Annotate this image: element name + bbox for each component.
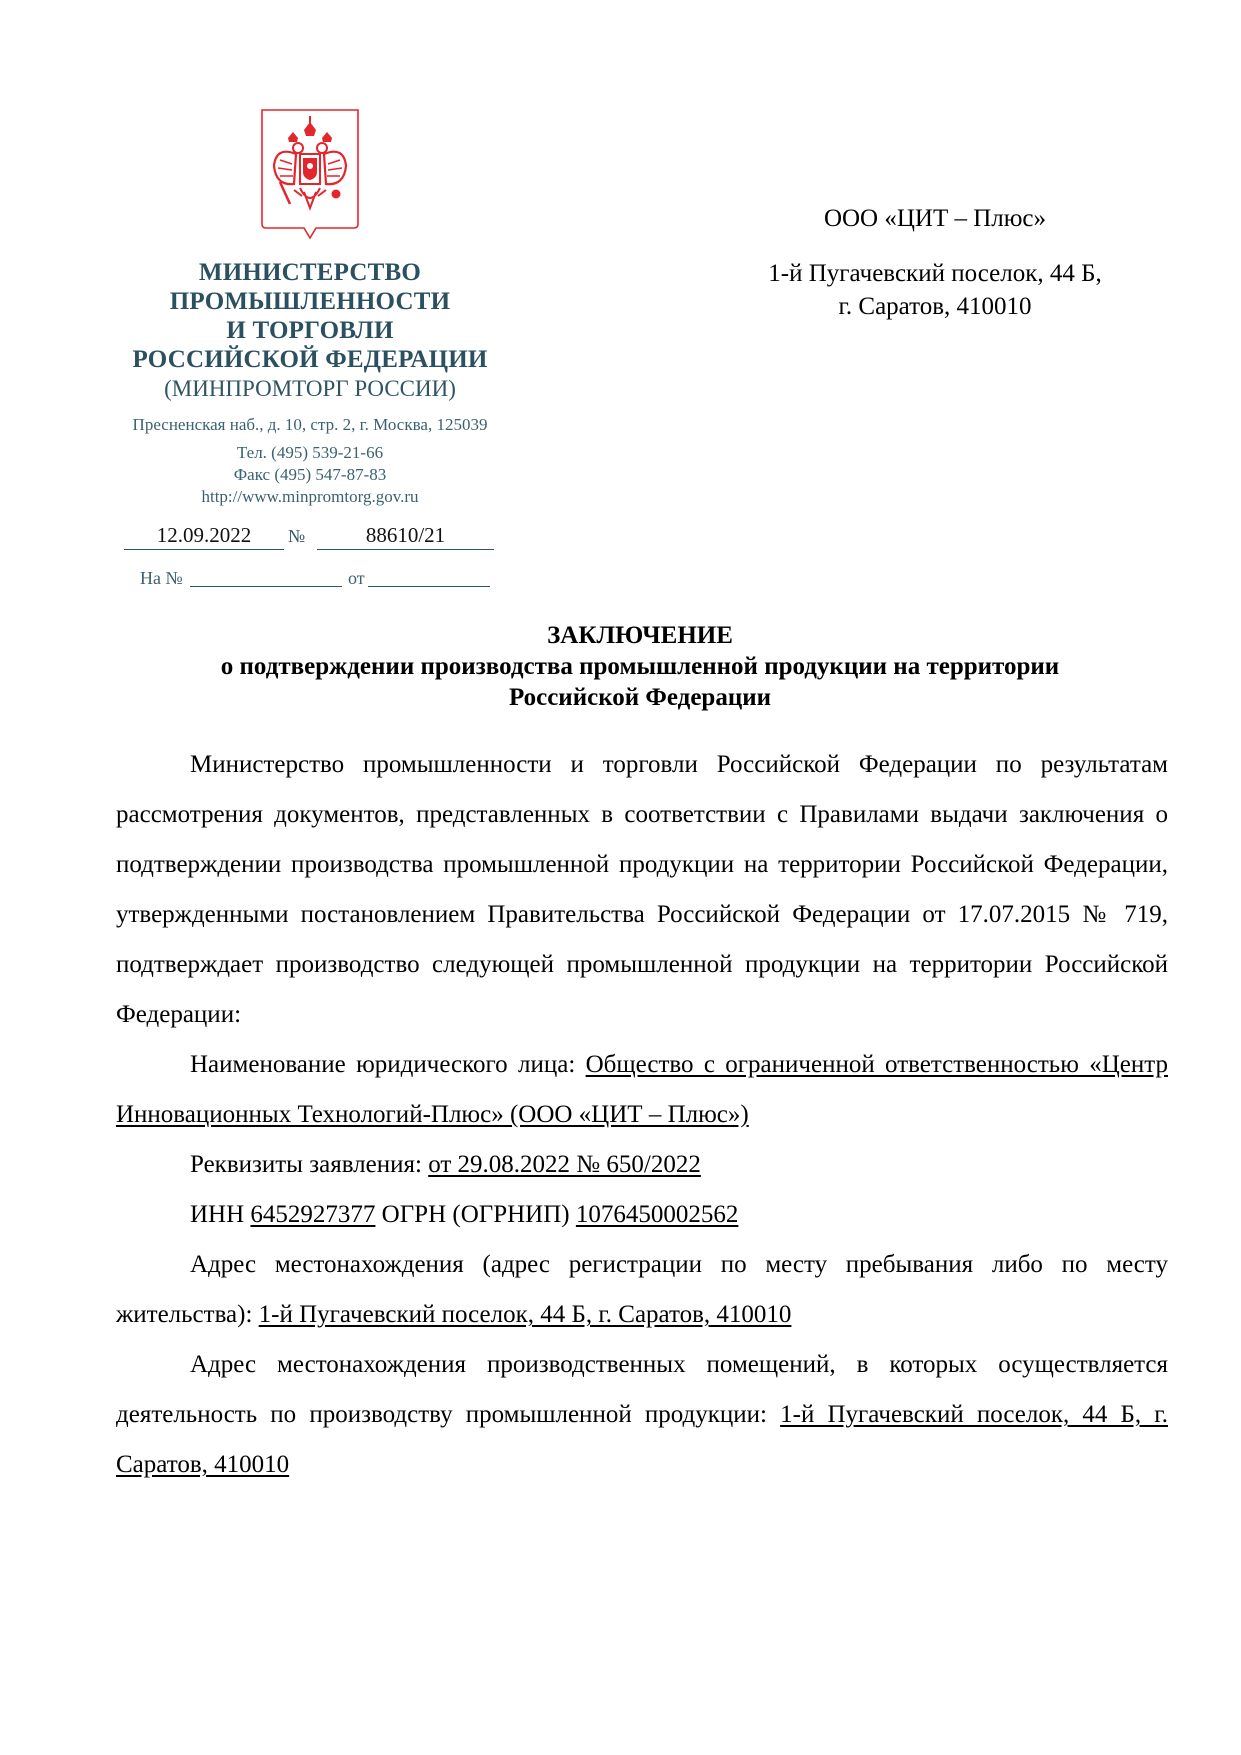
ogrn-label: ОГРН (ОГРНИП) — [375, 1201, 575, 1228]
addressee-block: ООО «ЦИТ – Плюс» 1-й Пугачевский поселок… — [720, 202, 1150, 323]
registration-date: 12.09.2022 — [124, 522, 284, 550]
addressee-address-line2: г. Саратов, 410010 — [720, 290, 1150, 323]
application-paragraph: Реквизиты заявления: от 29.08.2022 № 650… — [116, 1140, 1168, 1190]
reply-date-label: от — [348, 568, 365, 589]
location-value: 1-й Пугачевский поселок, 44 Б, г. Сарато… — [259, 1301, 792, 1328]
reply-reference-line: На № от — [140, 568, 500, 594]
ministry-address: Пресненская наб., д. 10, стр. 2, г. Моск… — [100, 414, 520, 436]
ministry-short-name: (МИНПРОМТОРГ РОССИИ) — [100, 374, 520, 404]
inn-ogrn-paragraph: ИНН 6452927377 ОГРН (ОГРНИП) 10764500025… — [116, 1190, 1168, 1240]
number-sign: № — [288, 526, 305, 547]
inn-value: 6452927377 — [250, 1201, 375, 1228]
reply-number-blank — [190, 586, 342, 587]
document-body: Министерство промышленности и торговли Р… — [116, 740, 1168, 1490]
inn-label: ИНН — [190, 1201, 250, 1228]
registration-line: 12.09.2022 № 88610/21 — [124, 522, 494, 552]
production-paragraph: Адрес местонахождения производственных п… — [116, 1340, 1168, 1490]
ministry-contacts: Пресненская наб., д. 10, стр. 2, г. Моск… — [100, 414, 520, 508]
application-value: от 29.08.2022 № 650/2022 — [428, 1151, 701, 1178]
ministry-phone: Тел. (495) 539-21-66 — [100, 442, 520, 464]
reply-number-label: На № — [140, 568, 183, 589]
ministry-fax: Факс (495) 547-87-83 — [100, 464, 520, 486]
coat-of-arms-icon — [260, 108, 360, 246]
location-paragraph: Адрес местонахождения (адрес регистрации… — [116, 1240, 1168, 1340]
ministry-website: http://www.minpromtorg.gov.ru — [100, 486, 520, 508]
ministry-name: МИНИСТЕРСТВО ПРОМЫШЛЕННОСТИ И ТОРГОВЛИ Р… — [100, 258, 520, 374]
application-label: Реквизиты заявления: — [190, 1151, 428, 1178]
reply-date-blank — [368, 586, 490, 587]
addressee-address-line1: 1-й Пугачевский поселок, 44 Б, — [720, 257, 1150, 290]
letterhead: МИНИСТЕРСТВО ПРОМЫШЛЕННОСТИ И ТОРГОВЛИ Р… — [100, 108, 520, 508]
legal-name-paragraph: Наименование юридического лица: Общество… — [116, 1040, 1168, 1140]
intro-paragraph: Министерство промышленности и торговли Р… — [116, 740, 1168, 1040]
document-title: ЗАКЛЮЧЕНИЕ о подтверждении производства … — [110, 620, 1170, 713]
addressee-organization: ООО «ЦИТ – Плюс» — [720, 202, 1150, 235]
registration-number: 88610/21 — [317, 522, 494, 550]
ogrn-value: 1076450002562 — [576, 1201, 739, 1228]
legal-name-label: Наименование юридического лица: — [190, 1051, 586, 1078]
